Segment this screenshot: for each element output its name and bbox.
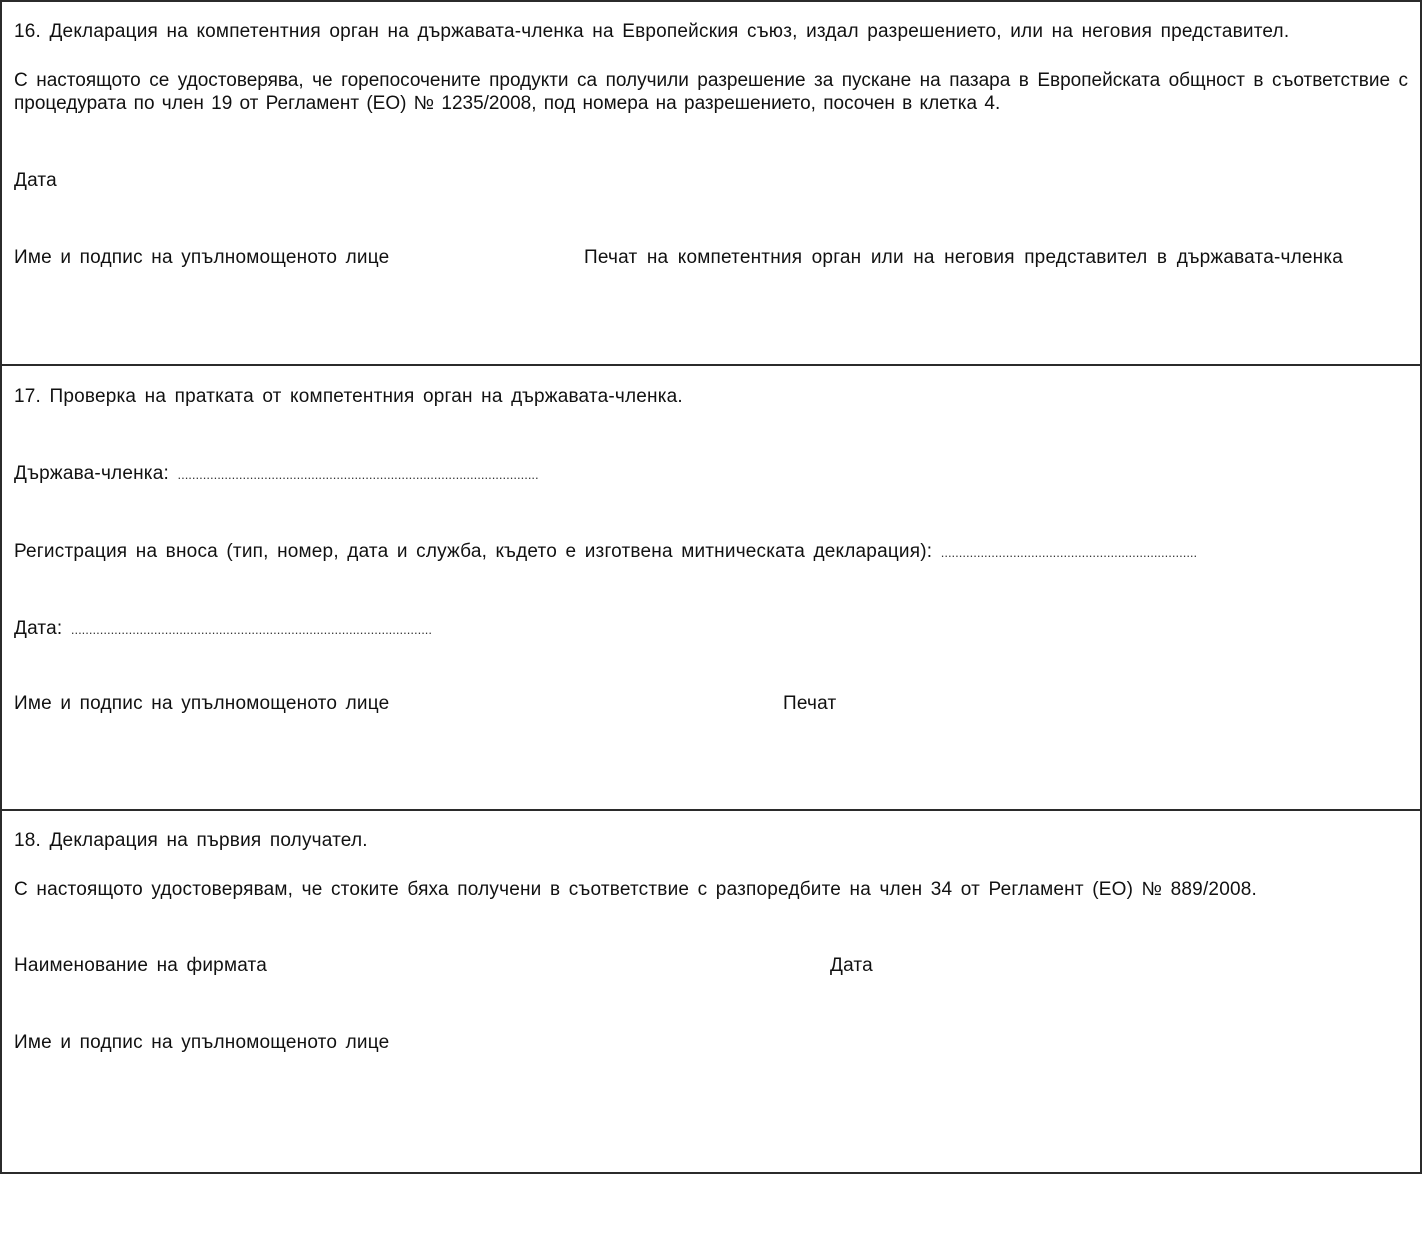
section-17-consignment-check: 17. Проверка на пратката от компетентния…: [2, 364, 1420, 811]
import-registration-field[interactable]: Регистрация на вноса (тип, номер, дата и…: [14, 540, 1197, 564]
section-17-signature-label: Име и подпис на упълномощеното лице: [14, 692, 389, 715]
section-18-heading: 18. Декларация на първия получател.: [14, 829, 368, 852]
member-state-field[interactable]: Държава-членка: ........................…: [14, 462, 539, 486]
section-18-consignee-declaration: 18. Декларация на първия получател. С на…: [2, 809, 1420, 1174]
company-name-label: Наименование на фирмата: [14, 954, 267, 977]
check-date-label: Дата:: [14, 618, 62, 639]
import-registration-label: Регистрация на вноса (тип, номер, дата и…: [14, 541, 932, 562]
section-18-date-label: Дата: [830, 954, 873, 977]
section-18-statement: С настоящото удостоверявам, че стоките б…: [14, 878, 1257, 901]
member-state-dotted-line[interactable]: ........................................…: [177, 467, 538, 482]
section-16-statement: С настоящото се удостоверява, че горепос…: [14, 69, 1408, 115]
section-16-heading: 16. Декларация на компетентния орган на …: [14, 20, 1289, 43]
section-16-authority-declaration: 16. Декларация на компетентния орган на …: [2, 2, 1420, 364]
section-16-stamp-label: Печат на компетентния орган или на негов…: [584, 246, 1343, 269]
section-16-signature-label: Име и подпис на упълномощеното лице: [14, 246, 389, 269]
certificate-form: 16. Декларация на компетентния орган на …: [0, 0, 1422, 1174]
section-16-date-label: Дата: [14, 169, 57, 192]
check-date-field[interactable]: Дата: ..................................…: [14, 617, 432, 641]
member-state-label: Държава-членка:: [14, 463, 169, 484]
section-17-stamp-label: Печат: [783, 692, 836, 715]
check-date-dotted-line[interactable]: ........................................…: [71, 622, 432, 637]
section-17-heading: 17. Проверка на пратката от компетентния…: [14, 385, 683, 408]
section-18-signature-label: Име и подпис на упълномощеното лице: [14, 1031, 389, 1054]
import-registration-dotted-line[interactable]: ........................................…: [941, 545, 1197, 560]
